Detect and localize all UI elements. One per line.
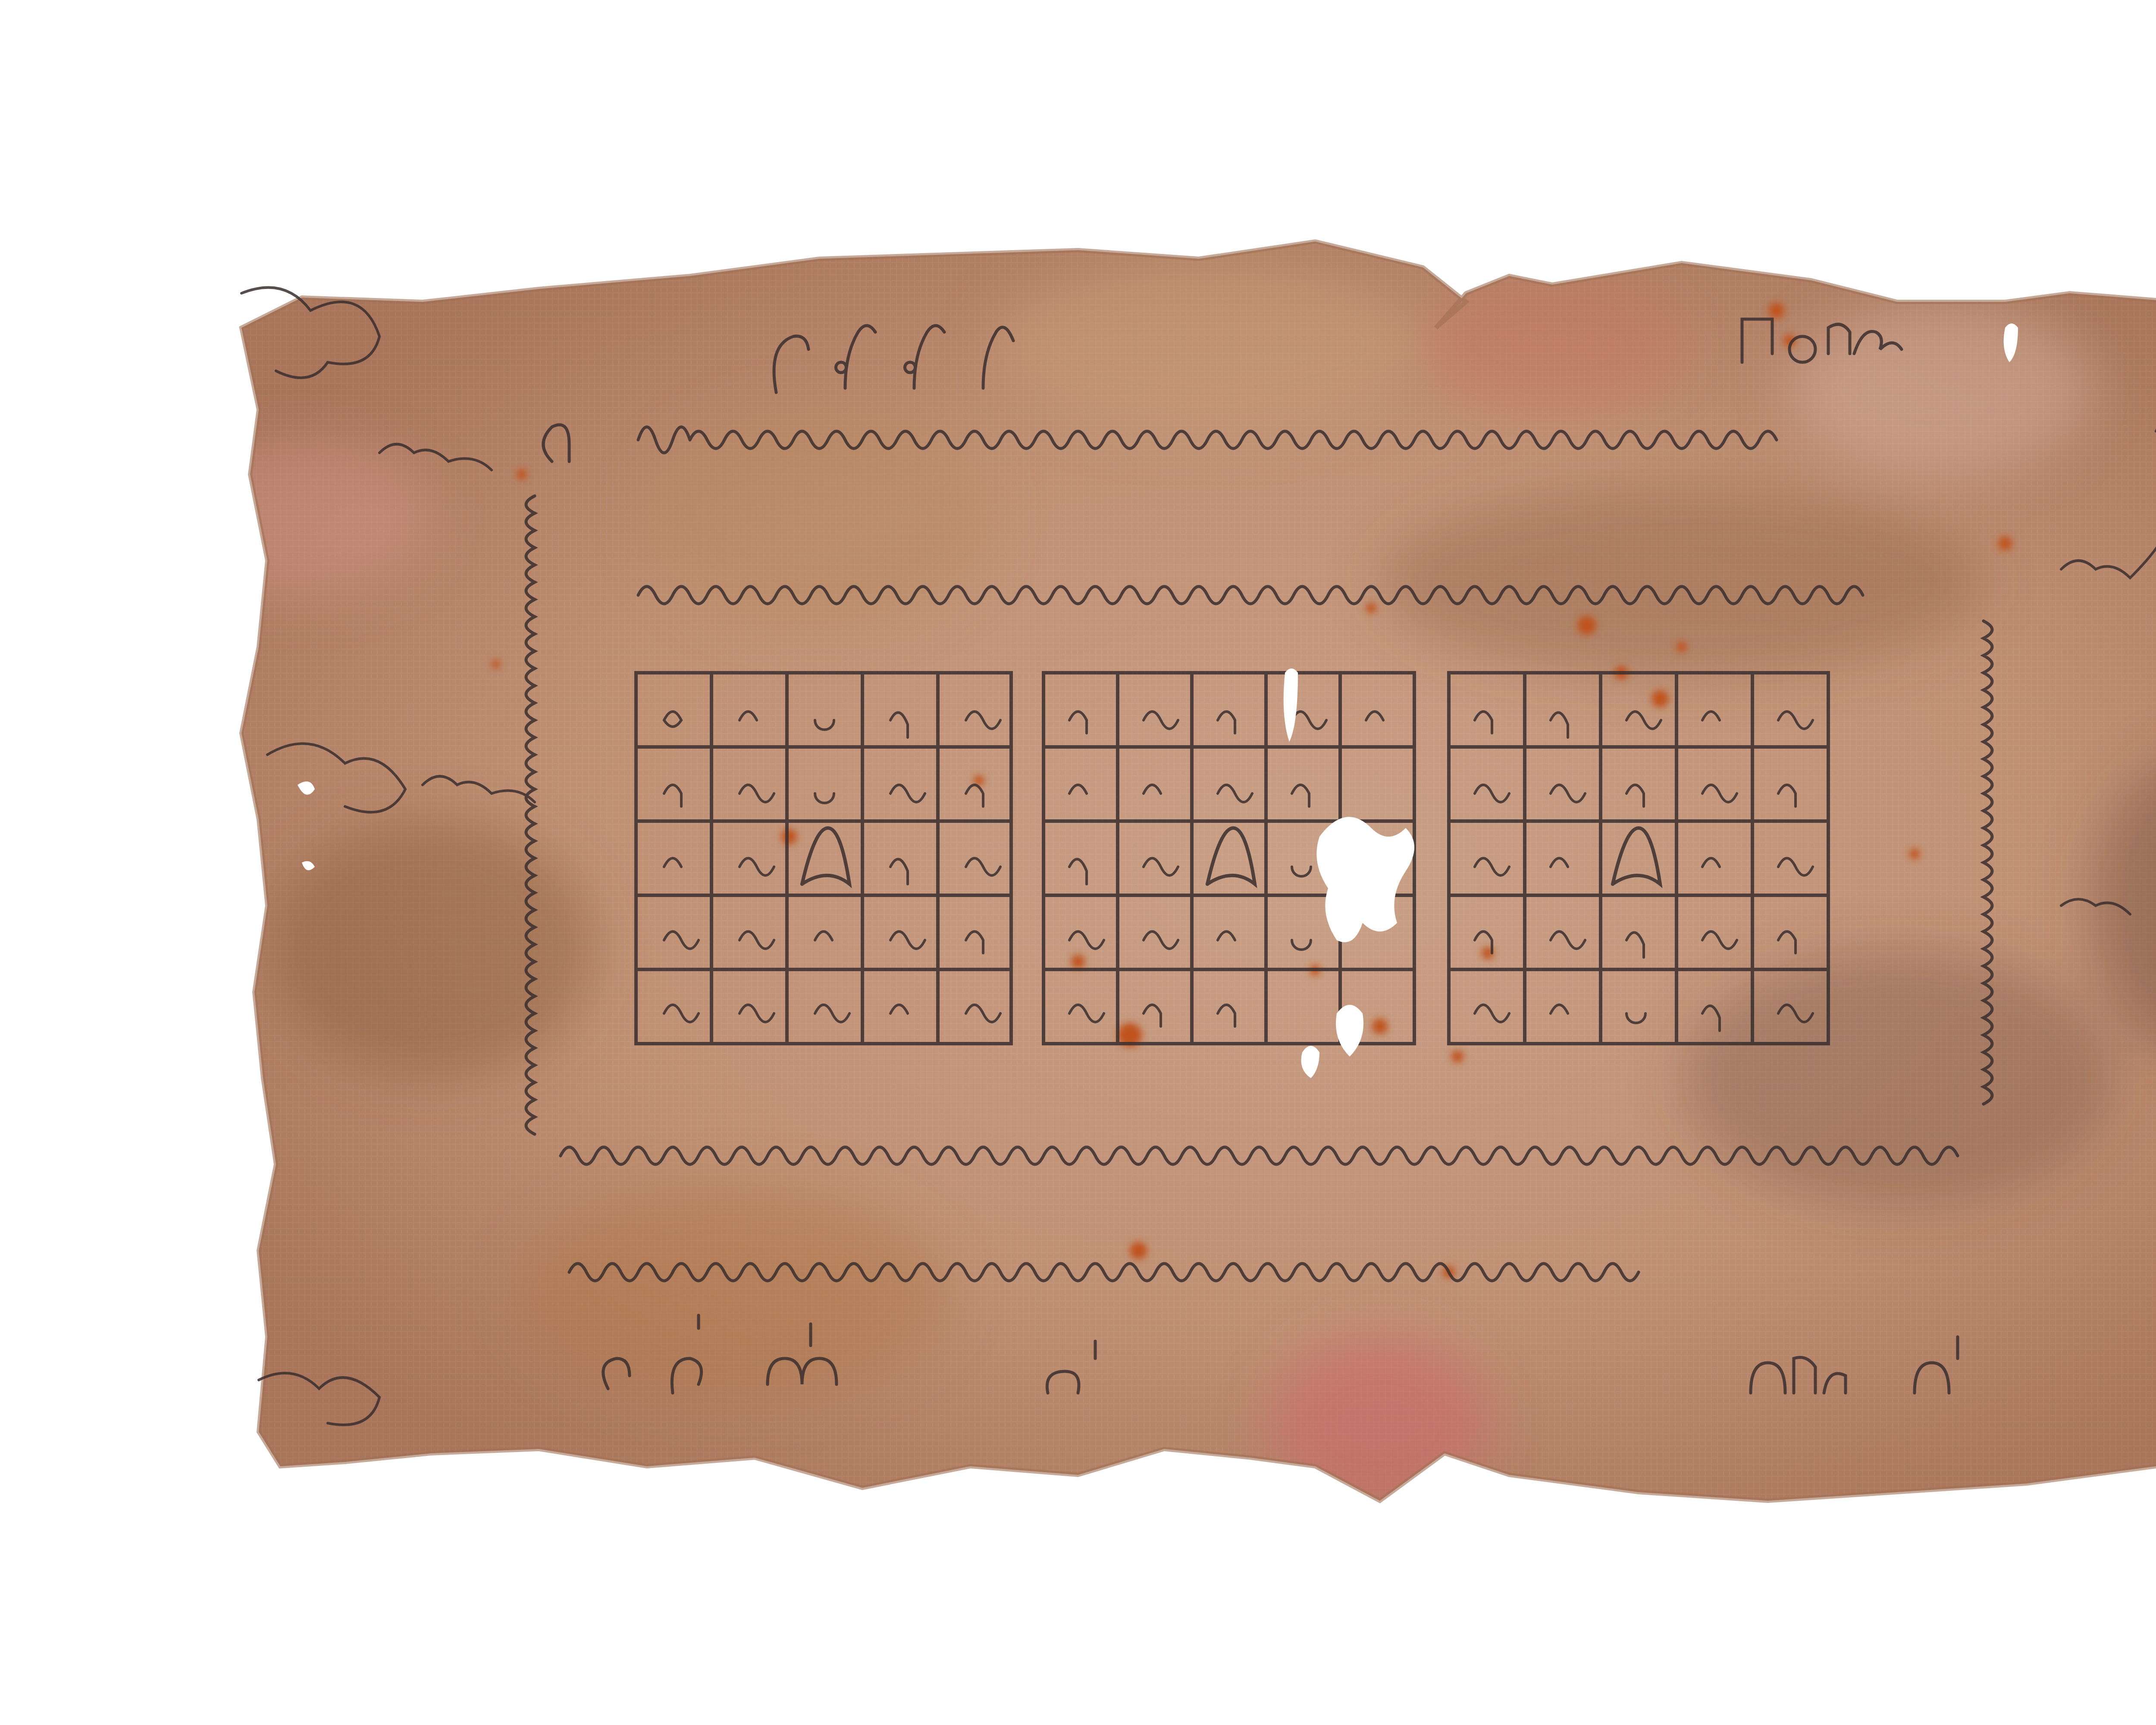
cloth	[0, 0, 2156, 1725]
photo-scene	[0, 0, 2156, 1725]
